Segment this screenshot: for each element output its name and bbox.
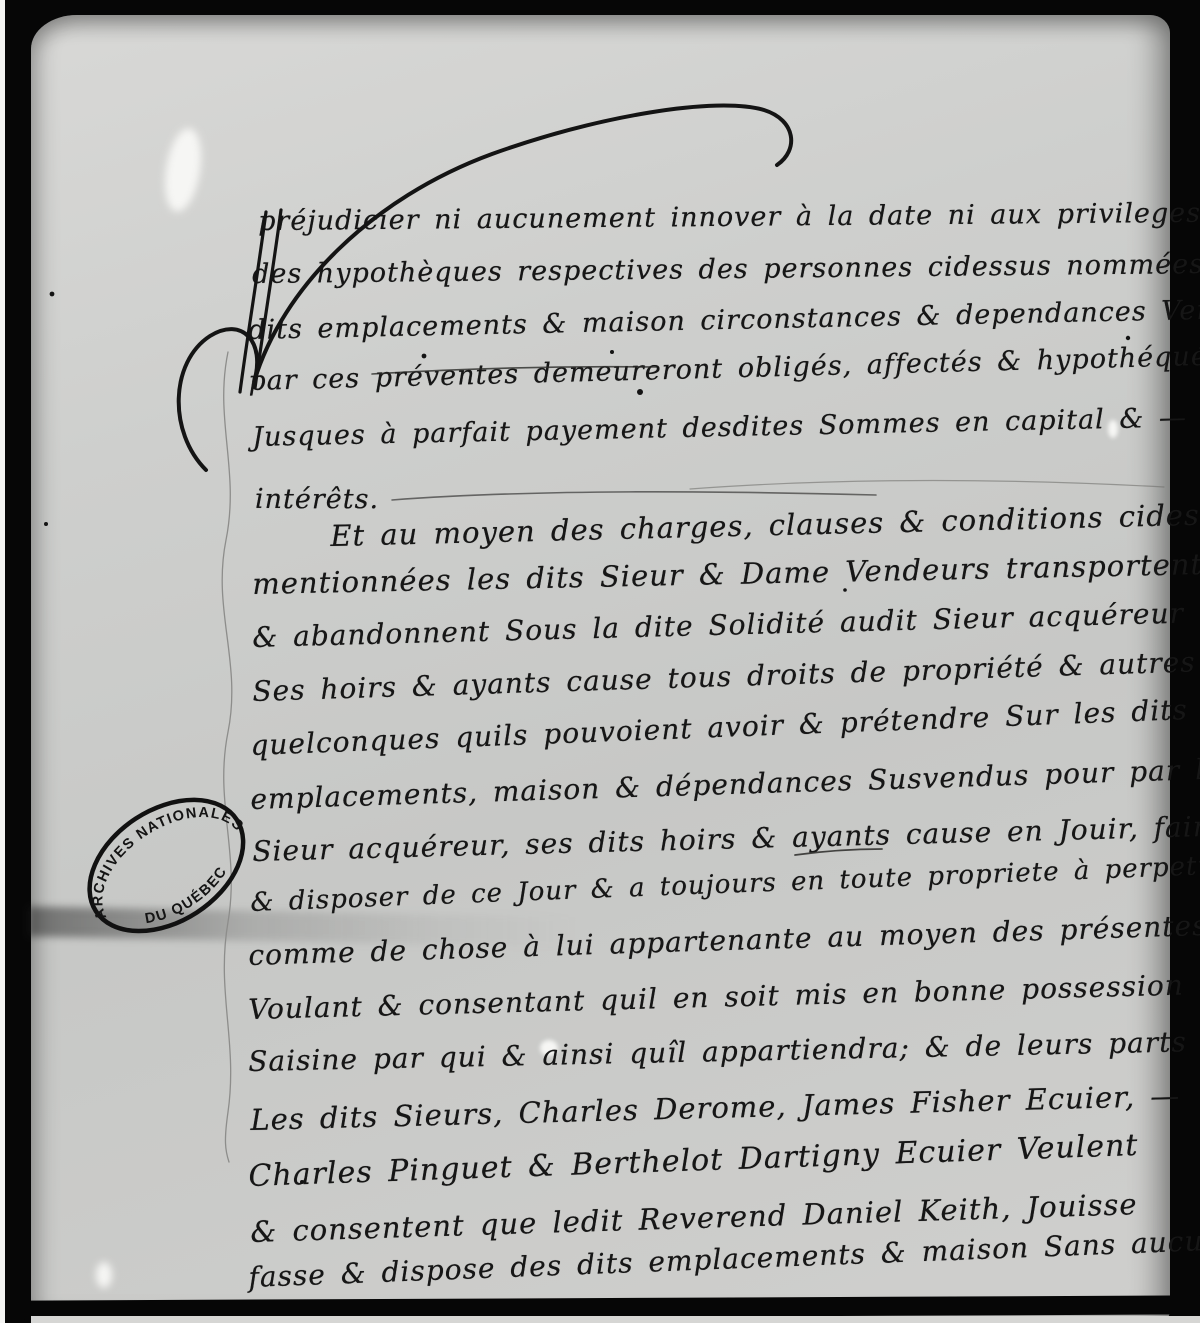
manuscript-line: préjudicier ni aucunement innover à la d…: [258, 200, 1200, 235]
scanned-document: préjudicier ni aucunement innover à la d…: [0, 0, 1200, 1323]
manuscript-line: intérêts.: [255, 486, 379, 513]
scan-bottom-strip: [31, 1316, 1200, 1323]
paper-bleach-spot: [96, 1262, 112, 1288]
